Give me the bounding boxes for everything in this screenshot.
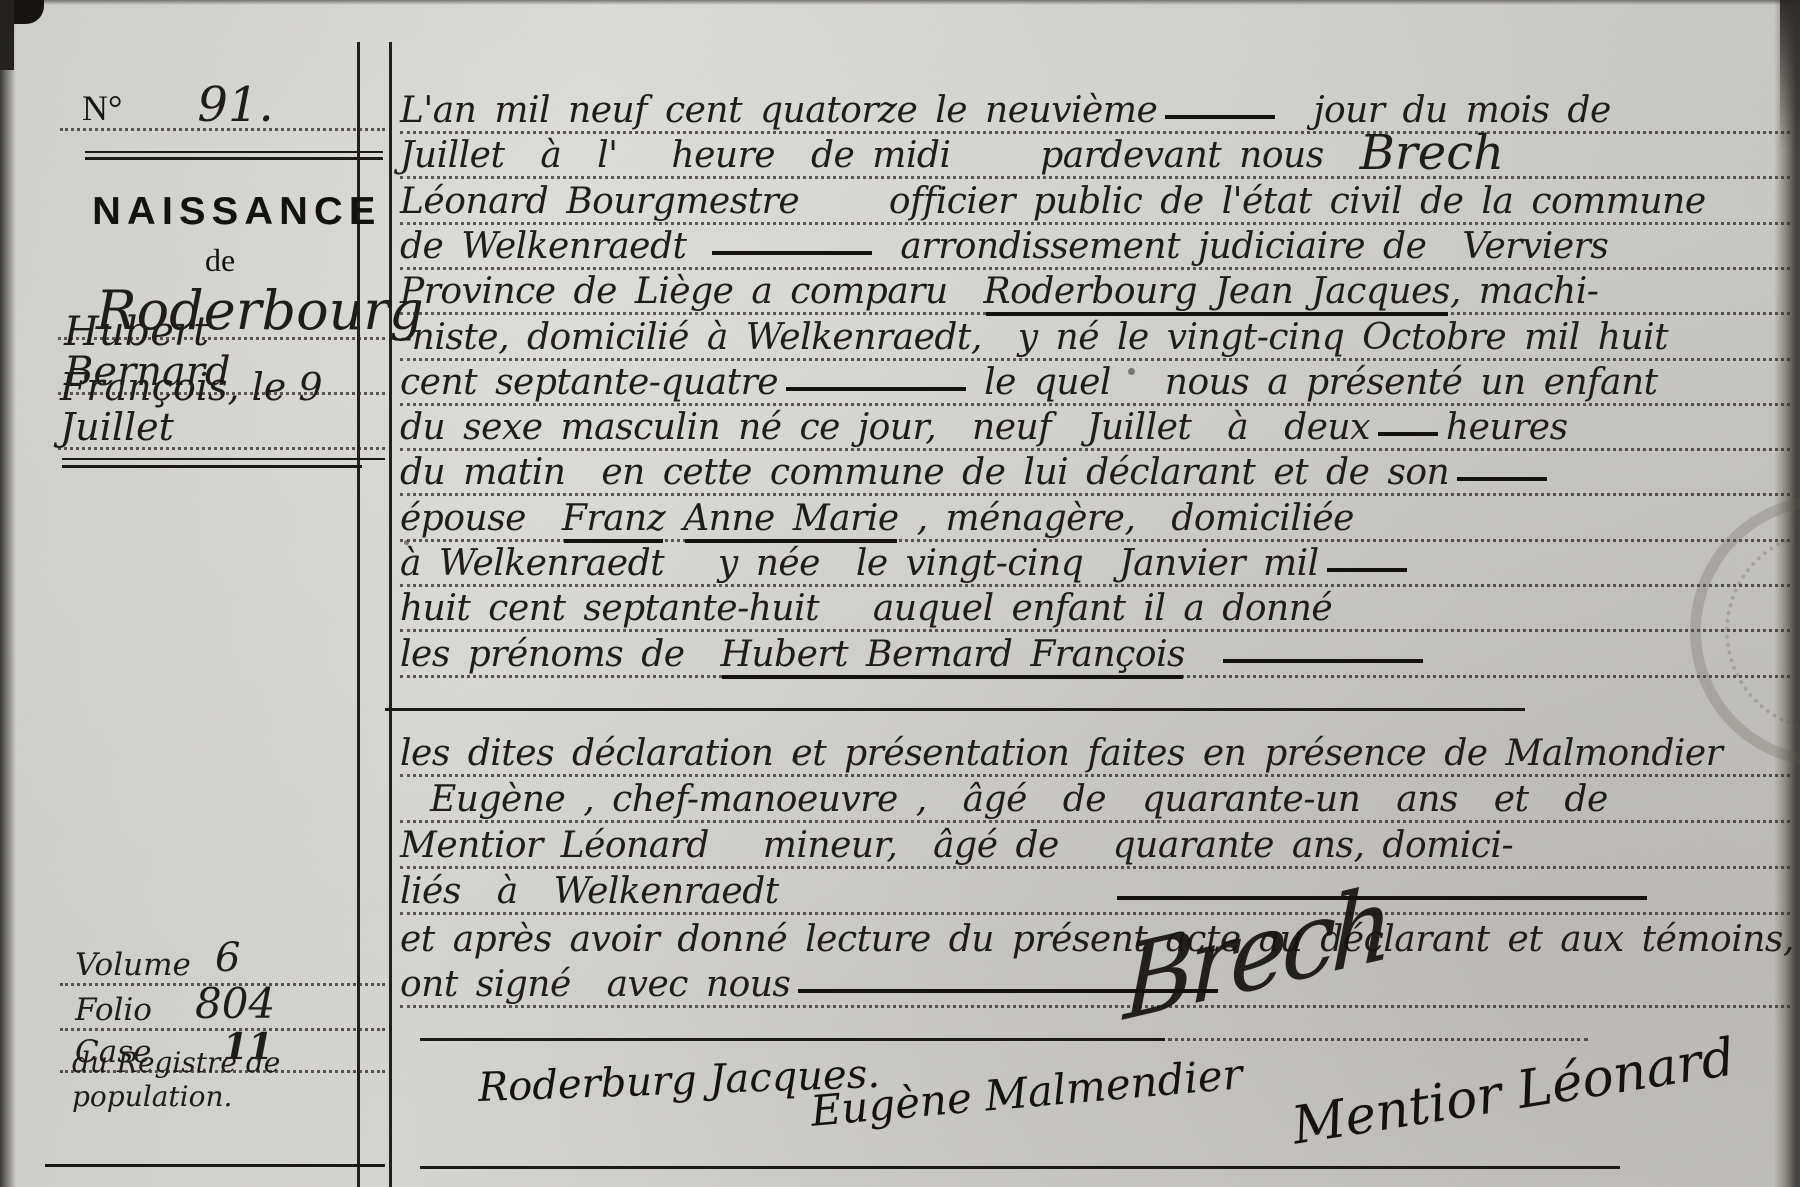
margin-name-date: François, le 9 Juillet — [60, 367, 385, 447]
header-double-rule-bottom — [85, 157, 383, 160]
manuscript-text: à Welkenraedt y née le vingt-cinq Janvie… — [400, 544, 1319, 584]
signature-area-rule-dotted — [1168, 1038, 1588, 1041]
manuscript-text: Brech — [1360, 130, 1504, 176]
act-number-value: 91. — [197, 82, 273, 128]
folio-row: Folio 804 — [60, 984, 385, 1031]
manuscript-emphasis: Hubert Bernard François — [720, 635, 1185, 675]
manuscript-line-4: de Welkenraedt arrondissement judiciaire… — [400, 221, 1790, 270]
volume-value: 6 — [215, 935, 240, 981]
manuscript-emphasis: Anne Marie — [683, 499, 898, 539]
manuscript-line-17: liés à Welkenraedt — [400, 866, 1790, 915]
inline-dash-rule — [1165, 115, 1275, 119]
manuscript-line-18: et après avoir donné lecture du présent … — [400, 914, 1790, 960]
manuscript-line-8: du sexe masculin né ce jour, neuf Juille… — [400, 402, 1790, 451]
folio-value: 804 — [195, 979, 275, 1028]
manuscript-emphasis: Franz — [562, 499, 665, 539]
act-type-title: NAISSANCE — [92, 190, 381, 234]
manuscript-line-13: les prénoms de Hubert Bernard François — [400, 629, 1790, 678]
manuscript-line-3: Léonard Bourgmestre officier public de l… — [400, 176, 1790, 225]
manuscript-text: , machi- — [1450, 272, 1599, 312]
inline-dash-rule — [1327, 568, 1407, 572]
register-label: du Registre de population. — [72, 1046, 385, 1114]
manuscript-line-5: Province de Liège a comparu Roderbourg J… — [400, 266, 1790, 315]
manuscript-text: Mentior Léonard mineur, âgé de quarante … — [400, 826, 1513, 866]
manuscript-text: les dites déclaration et présentation fa… — [400, 734, 1722, 774]
manuscript-text: du matin en cette commune de lui déclara… — [400, 453, 1449, 493]
scan-speck — [404, 540, 409, 545]
manuscript-text: L'an mil neuf cent quatorze le neuvième — [400, 91, 1157, 131]
birth-act-scan: N° 91. NAISSANCE de Roderbourg Hubert Be… — [0, 0, 1800, 1187]
manuscript-emphasis: Roderbourg Jean Jacques — [984, 272, 1450, 312]
manuscript-text: de Welkenraedt — [400, 227, 704, 267]
bottom-rule — [420, 1166, 1620, 1169]
margin-name-row-3: François, le 9 Juillet — [58, 401, 385, 450]
manuscript-text: ont signé avec nous — [400, 965, 790, 1005]
manuscript-text: du sexe masculin né ce jour, neuf Juille… — [400, 408, 1370, 448]
manuscript-text: huit cent septante-huit auquel enfant il… — [400, 589, 1332, 629]
manuscript-text: épouse — [400, 499, 562, 539]
inline-dash-rule — [712, 251, 872, 255]
manuscript-text: heures — [1446, 408, 1568, 448]
manuscript-text: le quel nous a présenté un enfant — [984, 363, 1658, 403]
manuscript-text: Province de Liège a comparu — [400, 272, 984, 312]
act-number-label: N° — [82, 88, 122, 128]
scan-edge-left — [0, 0, 16, 1187]
manuscript-line-15: Eugène , chef-manoeuvre , âgé de quarant… — [400, 774, 1790, 823]
header-double-rule-top — [85, 151, 383, 153]
manuscript-line-1: L'an mil neuf cent quatorze le neuvièmej… — [400, 85, 1790, 134]
manuscript-line-14: les dites déclaration et présentation fa… — [400, 728, 1790, 777]
manuscript-line-11: à Welkenraedt y née le vingt-cinq Janvie… — [400, 538, 1790, 587]
manuscript-text: liés à Welkenraedt — [400, 872, 779, 912]
act-body-lines: L'an mil neuf cent quatorze le neuvièmej… — [400, 0, 1790, 1187]
manuscript-line-19: ont signé avec nous — [400, 959, 1790, 1008]
manuscript-line-10: épouse FranzAnne Marie , ménagère, domic… — [400, 493, 1790, 542]
act-number-row: N° 91. — [60, 78, 385, 131]
manuscript-line-12: huit cent septante-huit auquel enfant il… — [400, 583, 1790, 632]
manuscript-line-2: Juillet à l' heure de midi pardevant nou… — [400, 130, 1790, 179]
manuscript-text: Léonard Bourgmestre officier public de l… — [400, 182, 1706, 222]
inline-dash-rule — [1457, 477, 1547, 481]
manuscript-text: Eugène , chef-manoeuvre , âgé de quarant… — [430, 780, 1608, 820]
signature-area-rule — [420, 1038, 1165, 1041]
scan-corner-mark-2 — [0, 0, 14, 70]
margin-divider-line-2 — [389, 42, 392, 1187]
volume-label: Volume — [75, 947, 191, 983]
manuscript-text: cent septante-quatre — [400, 363, 778, 403]
manuscript-line-6: -niste, domicilié à Welkenraedt, y né le… — [400, 312, 1790, 361]
scan-speck — [1128, 368, 1135, 375]
manuscript-line-9: du matin en cette commune de lui déclara… — [400, 447, 1790, 496]
manuscript-text: , ménagère, domiciliée — [899, 499, 1354, 539]
manuscript-text: Juillet à l' heure de midi pardevant nou… — [400, 136, 1360, 176]
margin-double-underline-top — [62, 458, 385, 460]
register-row: du Registre de population. — [60, 1076, 385, 1114]
margin-bottom-rule — [45, 1164, 385, 1167]
inline-dash-rule — [1223, 659, 1423, 663]
inline-gap — [779, 911, 1109, 912]
section-divider-rule — [385, 708, 1525, 711]
manuscript-text: -niste, domicilié à Welkenraedt, y né le… — [400, 318, 1668, 358]
manuscript-text: arrondissement judiciaire de Verviers — [900, 227, 1608, 267]
inline-dash-rule — [1378, 432, 1438, 436]
margin-double-underline-bottom — [62, 465, 362, 468]
manuscript-text: les prénoms de — [400, 635, 720, 675]
manuscript-line-7: cent septante-quatrele quel nous a prése… — [400, 357, 1790, 406]
act-type-of: de — [205, 242, 235, 279]
inline-gap — [1185, 674, 1215, 675]
manuscript-text: et après avoir donné lecture du présent … — [400, 920, 1800, 960]
manuscript-line-16: Mentior Léonard mineur, âgé de quarante … — [400, 820, 1790, 869]
scan-speck — [792, 757, 798, 763]
folio-label: Folio — [75, 992, 152, 1028]
inline-dash-rule — [786, 387, 966, 391]
